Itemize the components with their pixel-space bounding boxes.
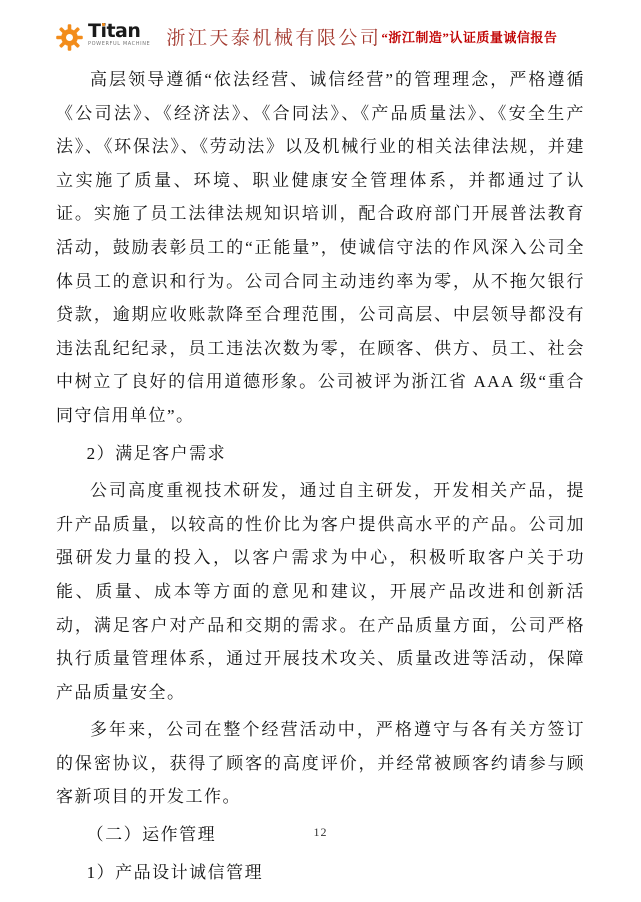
logo-brand-text: Titan [88, 22, 150, 40]
logo-i-dot [102, 23, 105, 26]
report-title: “浙江制造”认证质量诚信报告 [381, 27, 557, 46]
company-logo: Titan POWERFUL MACHINE [56, 22, 150, 51]
section-heading: 2）满足客户需求 [56, 437, 585, 471]
page-header: Titan POWERFUL MACHINE 浙江天泰机械有限公司 “浙江制造”… [0, 0, 641, 56]
document-body: 高层领导遵循“依法经营、诚信经营”的管理理念，严格遵循《公司法》、《经济法》、《… [0, 56, 641, 889]
logo-text-block: Titan POWERFUL MACHINE [88, 22, 150, 47]
body-paragraph: 多年来，公司在整个经营活动中，严格遵守与各有关方签订的保密协议，获得了顾客的高度… [56, 713, 585, 814]
document-page: Titan POWERFUL MACHINE 浙江天泰机械有限公司 “浙江制造”… [0, 0, 641, 902]
section-heading: 1）产品设计诚信管理 [56, 856, 585, 890]
gear-icon [56, 24, 83, 51]
company-name: 浙江天泰机械有限公司 [166, 23, 381, 50]
body-paragraph: 高层领导遵循“依法经营、诚信经营”的管理理念，严格遵循《公司法》、《经济法》、《… [56, 63, 585, 433]
body-paragraph: 公司高度重视技术研发，通过自主研发，开发相关产品，提升产品质量，以较高的性价比为… [56, 474, 585, 709]
page-number: 12 [0, 825, 641, 840]
